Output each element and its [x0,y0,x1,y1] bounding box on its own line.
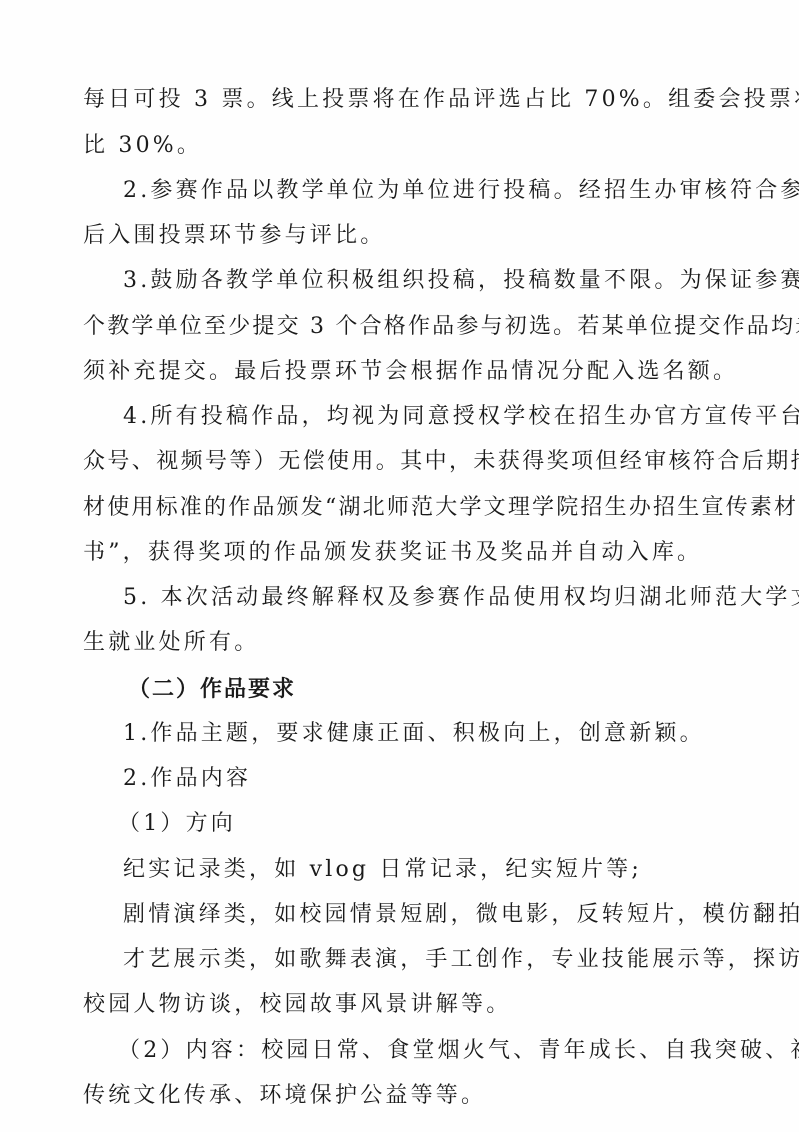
text-line: 校园人物访谈，校园故事风景讲解等。 [83,990,511,1020]
paragraph-4-start: 4.所有投稿作品，均视为同意授权学校在招生办官方宣传平台（网站、公 [123,402,799,432]
category-talent: 才艺展示类，如歌舞表演，手工创作，专业技能展示等，探访解说类，如 [123,945,799,975]
text-line: 生就业处所有。 [83,628,259,658]
section-heading: （二）作品要求 [128,674,296,704]
text-line: 每日可投 3 票。线上投票将在作品评选占比 70%。组委会投票将在作品评选占 [83,85,799,115]
text-line: 材使用标准的作品颁发“湖北师范大学文理学院招生办招生宣传素材库入库证 [83,493,799,523]
subsection-content: （2）内容：校园日常、食堂烟火气、青年成长、自我突破、社会实践、 [118,1036,799,1066]
text-line: 传统文化传承、环境保护公益等等。 [83,1081,486,1111]
paragraph-5-start: 5. 本次活动最终解释权及参赛作品使用权均归湖北师范大学文理学院招 [123,583,799,613]
text-line: 个教学单位至少提交 3 个合格作品参与初选。若某单位提交作品均未通过审核， [83,312,799,342]
subsection-direction: （1）方向 [118,809,236,839]
text-line: 须补充提交。最后投票环节会根据作品情况分配入选名额。 [83,357,738,387]
paragraph-3-start: 3.鼓励各教学单位积极组织投稿，投稿数量不限。为保证参赛覆盖面，每 [123,266,799,296]
text-line: 比 30%。 [83,131,202,161]
requirement-1: 1.作品主题，要求健康正面、积极向上，创意新颖。 [123,719,705,749]
text-line: 众号、视频号等）无偿使用。其中，未获得奖项但经审核符合后期招生宣传素 [83,447,799,477]
paragraph-2-start: 2.参赛作品以教学单位为单位进行投稿。经招生办审核符合参赛作品要求 [123,176,799,206]
requirement-2: 2.作品内容 [123,764,251,794]
text-line: 书”，获得奖项的作品颁发获奖证书及奖品并自动入库。 [83,538,702,568]
text-line: 后入围投票环节参与评比。 [83,221,385,251]
category-documentary: 纪实记录类，如 vlog 日常记录，纪实短片等; [123,855,642,885]
category-drama: 剧情演绎类，如校园情景短剧，微电影，反转短片，模仿翻拍等; [123,900,799,930]
document-page: 每日可投 3 票。线上投票将在作品评选占比 70%。组委会投票将在作品评选占 比… [0,0,799,1132]
